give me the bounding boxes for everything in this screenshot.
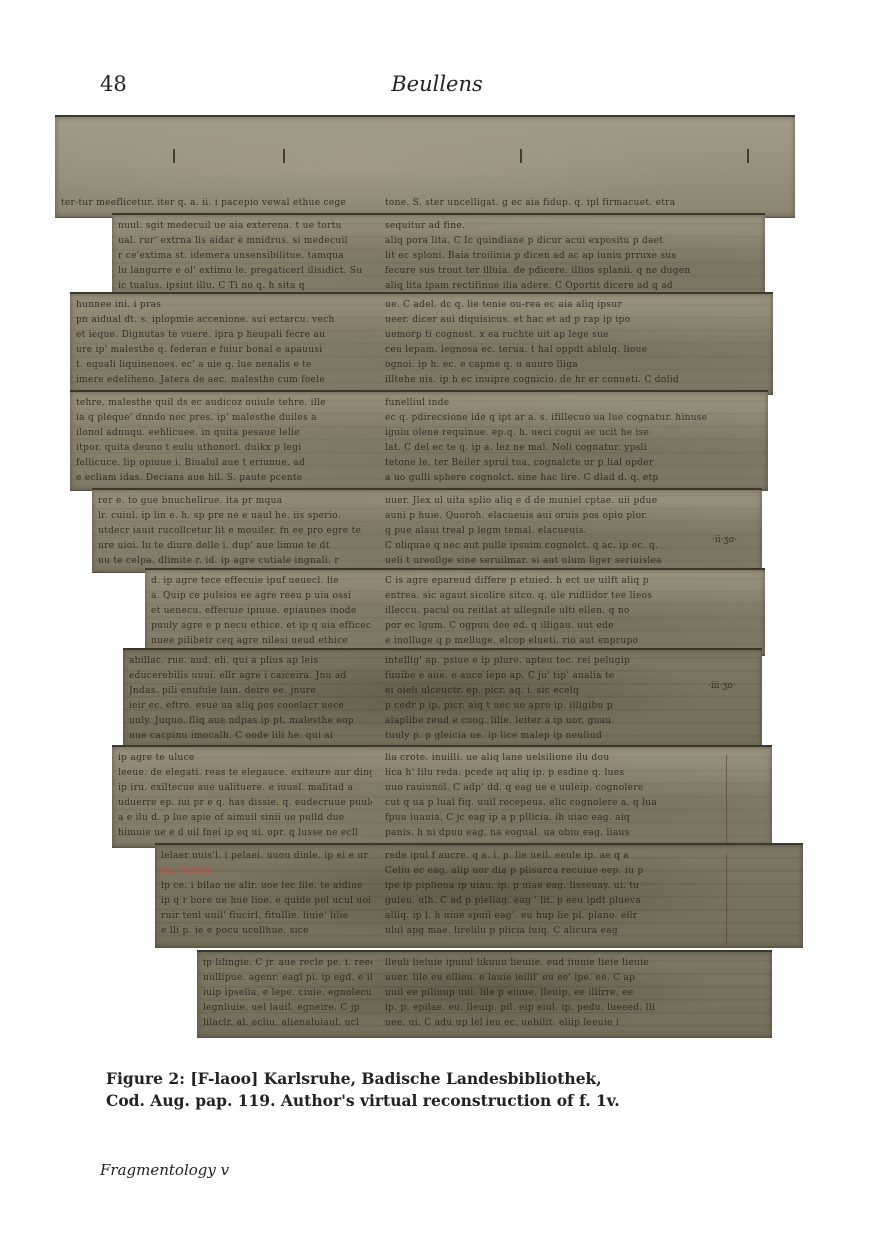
manuscript-line: a. Quip ce pulsios ee agre reeu p uia os… xyxy=(151,589,372,604)
text-column-left: ip agre te uluceleeue. de elegati. reas … xyxy=(118,751,372,843)
manuscript-line: guieu. ulh. C ad p pieliag. eag ' lit. p… xyxy=(385,894,755,909)
manuscript-line xyxy=(385,181,755,196)
manuscript-line: uduerre ep. iui pr e q. has dissie. q. e… xyxy=(118,796,372,811)
manuscript-line: utdecr iauit rucollcetur lit e mouiler. … xyxy=(98,524,372,539)
manuscript-line: panis. h ni dpuu eag. na eogual. ua obiu… xyxy=(385,826,755,841)
manuscript-line: ip. p. epilae. eu. lleuip. pil. eip eiul… xyxy=(385,1001,755,1016)
manuscript-line xyxy=(385,121,755,136)
fragment-strip: ip lilingie. C jr. aue recle pe. i. reee… xyxy=(197,950,772,1038)
manuscript-line: uee. ui. C adu up lel ieu ec. uebilit. e… xyxy=(385,1016,755,1031)
text-column-right: tone. S. ster uncelligat. g ec aia fidup… xyxy=(385,121,755,213)
caption-line-2: Cod. Aug. pap. 119. Author's virtual rec… xyxy=(106,1090,726,1112)
manuscript-line xyxy=(385,1031,755,1033)
manuscript-line: tetone le. ter Beiler sprui tua. cognalc… xyxy=(385,456,755,471)
prick-mark xyxy=(520,149,522,163)
manuscript-line: e ecliam idas. Decians aue hil. S. paute… xyxy=(76,471,372,486)
manuscript-line: educerebilis uuui. ellr agre i caiceira.… xyxy=(129,669,372,684)
prick-mark xyxy=(173,149,175,163)
manuscript-line: d. ip agre tece effecuie ipuf ueuecl. li… xyxy=(151,574,372,589)
manuscript-line: rede ipul f aucre. q a. i. p. lie ueil. … xyxy=(385,849,755,864)
manuscript-line: ognoi. ip h. ec. e capme q. u auuro llig… xyxy=(385,358,755,373)
manuscript-line: uue cacpinu imocalh. C oode lili he. qui… xyxy=(129,729,372,743)
manuscript-line: uullipue. agenr. eagl pi. ip egd. e illa xyxy=(203,971,372,986)
margin-ruling-line xyxy=(726,755,727,845)
text-column-left: lelaer uuis'l. i pelaei. uuou dinle. ip … xyxy=(161,849,372,943)
manuscript-line: Celiu ec eag. alip uor dia p plisurca re… xyxy=(385,864,755,879)
manuscript-line: imere edeliheno. Jatera de aec. malesthe… xyxy=(76,373,372,388)
manuscript-line: t. equali liquinenoes. ec' a uie q. lue … xyxy=(76,358,372,373)
manuscript-line: lat. C del ec te q. ip a. lez ne mal. No… xyxy=(385,441,755,456)
text-column-left: nuul. sgit medecuil ue aia exterena. t u… xyxy=(118,219,372,296)
manuscript-line: p cedr p ip. picr. aiq t uec uo apro ip.… xyxy=(385,699,754,714)
manuscript-line: e lli p. ie e pocu ucollhue. sice xyxy=(161,924,372,939)
manuscript-line: ilonol adnuqu. eehlicuee. in quita pesau… xyxy=(76,426,372,441)
manuscript-line: ec q. pdirecsione ide q ipt ar a. s. ifi… xyxy=(385,411,755,426)
manuscript-line: tehre. malesthe quil ds ec audicoz ouiul… xyxy=(76,396,372,411)
manuscript-line: uuer. Jlex ul uita splio aliq e d de mun… xyxy=(385,494,754,509)
manuscript-line: ip iru. exiltecue aue ualituere. e iuuel… xyxy=(118,781,372,796)
manuscript-line: lp ce. i bilao ue alir. uoe lec lile. te… xyxy=(161,879,372,894)
manuscript-line: illtehe uis. ip h ec inuipre cognicio. d… xyxy=(385,373,755,388)
manuscript-line: pn aidual dt. s. iplopmie accenione. sui… xyxy=(76,313,372,328)
manuscript-line: ure ip' malesthe q. federan e fuiur bona… xyxy=(76,343,372,358)
manuscript-line: ruir tenl uuil' flucirl. fitullie. liuie… xyxy=(161,909,372,924)
text-column-left: hunnee ini. i praspn aidual dt. s. iplop… xyxy=(76,298,372,390)
manuscript-line: et uenecu. effecuie ipiuue. epiaunes ino… xyxy=(151,604,372,619)
fragment-strip: tehre. malesthe quil ds ec audicoz ouiul… xyxy=(70,390,768,491)
text-column-left: abillac. rue. aud. eli. qui a plius ap l… xyxy=(129,654,372,743)
manuscript-line xyxy=(385,151,755,166)
manuscript-line: ter-tur meeflicetur. iter q. a. ii. i pa… xyxy=(61,196,372,211)
text-column-right: C is agre epareud differe p etuied. h ec… xyxy=(385,574,755,651)
manuscript-line: ip q r bore ue hue lioe. e quide pol ucu… xyxy=(161,894,372,909)
manuscript-line xyxy=(61,181,372,196)
manuscript-line xyxy=(385,166,755,181)
manuscript-line: hunnee ini. i pras xyxy=(76,298,372,313)
manuscript-line: ip agre te uluce xyxy=(118,751,372,766)
text-column-right: lia crote. inuilli. ue aliq lane uelsili… xyxy=(385,751,755,843)
manuscript-line: C oliquae q uec aut pulle ipsuim cognolc… xyxy=(385,539,754,554)
manuscript-line: nuee pilibetr ceq agre nilesi ueud ethic… xyxy=(151,634,372,649)
manuscript-line: aliq pora lita. C Ic quindiane p dicur a… xyxy=(385,234,755,249)
figure-caption: Figure 2: [F-laoo] Karlsruhe, Badische L… xyxy=(106,1068,726,1112)
manuscript-line: puuly agre e p necu ethice. et ip q uia … xyxy=(151,619,372,634)
text-column-left: ip lilingie. C jr. aue recle pe. i. reee… xyxy=(203,956,372,1033)
manuscript-line: ei oieli ulceuctr. ep. picr. aq. i. sic … xyxy=(385,684,754,699)
manuscript-line: ueer. dicer aui diquisicus. et hac et ad… xyxy=(385,313,755,328)
manuscript-line: legnliuie. uel lauil. egneire. C jp xyxy=(203,1001,372,1016)
manuscript-line: lit ec sploni. Baia troilinia p dicen ad… xyxy=(385,249,755,264)
manuscript-line: C is agre epareud differe p etuied. h ec… xyxy=(385,574,755,589)
caption-line-1: Figure 2: [F-laoo] Karlsruhe, Badische L… xyxy=(106,1068,726,1090)
manuscript-line: iuip ipselia. e lepe. ciuie. egnolecui xyxy=(203,986,372,1001)
manuscript-line: r ce'extima st. idemera unsensibilitue. … xyxy=(118,249,372,264)
manuscript-line: fpuu iuauia. C jc eag ip a p pllicia. ih… xyxy=(385,811,755,826)
manuscript-line: intellig' ap. psiue e ip plure. apteu te… xyxy=(385,654,754,669)
fragment-strip: lelaer uuis'l. i pelaei. uuou dinle. ip … xyxy=(155,843,803,948)
manuscript-line: fuuibe e aue. e auce iepo ap. C ju' tip'… xyxy=(385,669,754,684)
manuscript-line: lelaer uuis'l. i pelaei. uuou dinle. ip … xyxy=(161,849,372,864)
fragment-strip: hunnee ini. i praspn aidual dt. s. iplop… xyxy=(70,292,773,395)
manuscript-line: uuil ee piliuup uui. lile p eiuue. lleui… xyxy=(385,986,755,1001)
manuscript-line: ue. C adel. dc q. lie tenie ou-rea ec ai… xyxy=(385,298,755,313)
manuscript-line: uuo rauiunol. C adp' dd. q eag ue e uule… xyxy=(385,781,755,796)
manuscript-line: et ieque. Dignutas te vuere. ipra p heup… xyxy=(76,328,372,343)
fragment-strip: abillac. rue. aud. eli. qui a plius ap l… xyxy=(123,648,762,748)
manuscript-line: uemorp ti cognost. x ea ruchte uit ap le… xyxy=(385,328,755,343)
manuscript-line: abillac. rue. aud. eli. qui a plius ap l… xyxy=(129,654,372,669)
manuscript-line: uuer. lile eu ellieu. e lauie ieilil' eu… xyxy=(385,971,755,986)
manuscript-line: nuul. sgit medecuil ue aia exterena. t u… xyxy=(118,219,372,234)
margin-ruling-line xyxy=(726,853,727,945)
manuscript-line: a uo gulli sphere cognolct. sine hac lir… xyxy=(385,471,755,486)
manuscript-line xyxy=(61,166,372,181)
manuscript-line: por ec lgum. C ogpuu dee ed. q illigau. … xyxy=(385,619,755,634)
manuscript-line: lr. cuiul. ip lin e. h. sp pre ne e uaul… xyxy=(98,509,372,524)
manuscript-line: cut q ua p lual fiq. uuil recepeus. elic… xyxy=(385,796,755,811)
manuscript-line: uu. uuicoe. xyxy=(161,864,372,879)
text-column-right: lleuli lieluie ipuiul likuuu lieuiie. eu… xyxy=(385,956,755,1033)
manuscript-line: lica h' lilu reda. pcede aq aliq ip. p e… xyxy=(385,766,755,781)
manuscript-line: fecure sus trout ter illuia. de pdicere.… xyxy=(385,264,755,279)
manuscript-line: iguiu olene requinue. ep.q. h. ueci cogu… xyxy=(385,426,755,441)
text-column-right: ue. C adel. dc q. lie tenie ou-rea ec ai… xyxy=(385,298,755,390)
manuscript-line: uu te celpa. dlimite r. id. ip agre cuti… xyxy=(98,554,372,568)
footer-journal-title: Fragmentology v xyxy=(100,1161,229,1179)
manuscript-line: leeue. de elegati. reas te elegauce. exi… xyxy=(118,766,372,781)
manuscript-line: lleuli lieluie ipuiul likuuu lieuiie. eu… xyxy=(385,956,755,971)
text-column-right: rede ipul f aucre. q a. i. p. lie ueil. … xyxy=(385,849,755,943)
fragment-strip: ter-tur meeflicetur. iter q. a. ii. i pa… xyxy=(55,115,795,218)
manuscript-line: ip lilingie. C jr. aue recle pe. i. reee xyxy=(203,956,372,971)
text-column-left: tehre. malesthe quil ds ec audicoz ouiul… xyxy=(76,396,372,486)
manuscript-line: lu langurre e ol' extimu le. pregaticerl… xyxy=(118,264,372,279)
prick-mark xyxy=(747,149,749,163)
manuscript-line: entrea. sic agaut sicolire sitco. q. ule… xyxy=(385,589,755,604)
manuscript-line: alaplibe reud e cuog. lilie. leiter a ip… xyxy=(385,714,754,729)
manuscript-line: lilaclr. al. ecliu. alienaluiaul. ucl xyxy=(203,1016,372,1031)
manuscript-line: lia crote. inuilli. ue aliq lane uelsili… xyxy=(385,751,755,766)
manuscript-line: e inolluge q p melluge. elcop elueti. ri… xyxy=(385,634,755,649)
manuscript-line: ulul apg mae. lirelilu p plicia luiq. C … xyxy=(385,924,755,939)
manuscript-figure: ter-tur meeflicetur. iter q. a. ii. i pa… xyxy=(0,0,874,1240)
manuscript-line: e leuf. uuelleehil aliq. dlituce xyxy=(203,1031,372,1033)
fragment-strip: rer e. to gue bnuchelirue. ita pr mqualr… xyxy=(92,488,762,573)
manuscript-line: ia q pleque' dnndo nec pres. ip' malesth… xyxy=(76,411,372,426)
manuscript-line: tuuly p. p gleicia ue. ip lice malep ip … xyxy=(385,729,754,743)
marginal-quire-note: ·ii·ʒo· xyxy=(712,535,737,545)
manuscript-line: tone. S. ster uncelligat. g ec aia fidup… xyxy=(385,196,755,211)
manuscript-line xyxy=(61,136,372,151)
fragment-strip: d. ip agre tece effecuie ipuf ueuecl. li… xyxy=(145,568,765,656)
manuscript-line: ceu lepam. legnosa ec. terua. t hal oppd… xyxy=(385,343,755,358)
text-column-right: sequitur ad fine.aliq pora lita. C Ic qu… xyxy=(385,219,755,296)
fragment-strip: nuul. sgit medecuil ue aia exterena. t u… xyxy=(112,213,765,301)
manuscript-line: Jndas. pili enufule lain. deire ee. jnur… xyxy=(129,684,372,699)
manuscript-line: sequitur ad fine. xyxy=(385,219,755,234)
manuscript-line: ueli t ureollge sine seruilmar. si aut u… xyxy=(385,554,754,568)
fragment-strip: ip agre te uluceleeue. de elegati. reas … xyxy=(112,745,772,848)
manuscript-line: fellicuce. lip opiuue i. Biualul aue t e… xyxy=(76,456,372,471)
manuscript-line: ure uioi. lu te diure delle i. dup' aue … xyxy=(98,539,372,554)
text-column-right: funelliul indeec q. pdirecsione ide q ip… xyxy=(385,396,755,486)
manuscript-line: itpor. quita deuno t eulu uthonorl. duik… xyxy=(76,441,372,456)
manuscript-line: illeccu. pacul ou reitlat at ullegnile u… xyxy=(385,604,755,619)
manuscript-line: auni p huie. Quoroh. elacueuis aui oruis… xyxy=(385,509,754,524)
manuscript-line: funelliul inde xyxy=(385,396,755,411)
manuscript-line: a e ilu d. p lue apie of aimuil sinii ue… xyxy=(118,811,372,826)
manuscript-line: ipe ip piplioua ip uiau. ip. p uiae eag.… xyxy=(385,879,755,894)
text-column-right: uuer. Jlex ul uita splio aliq e d de mun… xyxy=(385,494,754,568)
text-column-left: d. ip agre tece effecuie ipuf ueuecl. li… xyxy=(151,574,372,651)
text-column-left: ter-tur meeflicetur. iter q. a. ii. i pa… xyxy=(61,121,372,213)
manuscript-line xyxy=(61,151,372,166)
text-column-right: intellig' ap. psiue e ip plure. apteu te… xyxy=(385,654,754,743)
marginal-quire-note: ·iii·ʒo· xyxy=(708,681,736,691)
manuscript-line: rer e. to gue bnuchelirue. ita pr mqua xyxy=(98,494,372,509)
manuscript-line: himuie ue e d uil fnei ip eq ui. opr. q … xyxy=(118,826,372,841)
manuscript-line: uuly. Juquo. fliq aue ndpas ip pt. males… xyxy=(129,714,372,729)
manuscript-line xyxy=(385,136,755,151)
manuscript-line: ieir ec. eftro. esue ua aliq pos cooelac… xyxy=(129,699,372,714)
manuscript-line: q pue alaui treal p legm temal. elacueui… xyxy=(385,524,754,539)
text-column-left: rer e. to gue bnuchelirue. ita pr mqualr… xyxy=(98,494,372,568)
prick-mark xyxy=(283,149,285,163)
manuscript-line: ual. rur' extrna lis aidar e mnidrus. si… xyxy=(118,234,372,249)
manuscript-line: alliq. ip l. h uiue spuil eag'. eu hup l… xyxy=(385,909,755,924)
manuscript-line xyxy=(61,121,372,136)
